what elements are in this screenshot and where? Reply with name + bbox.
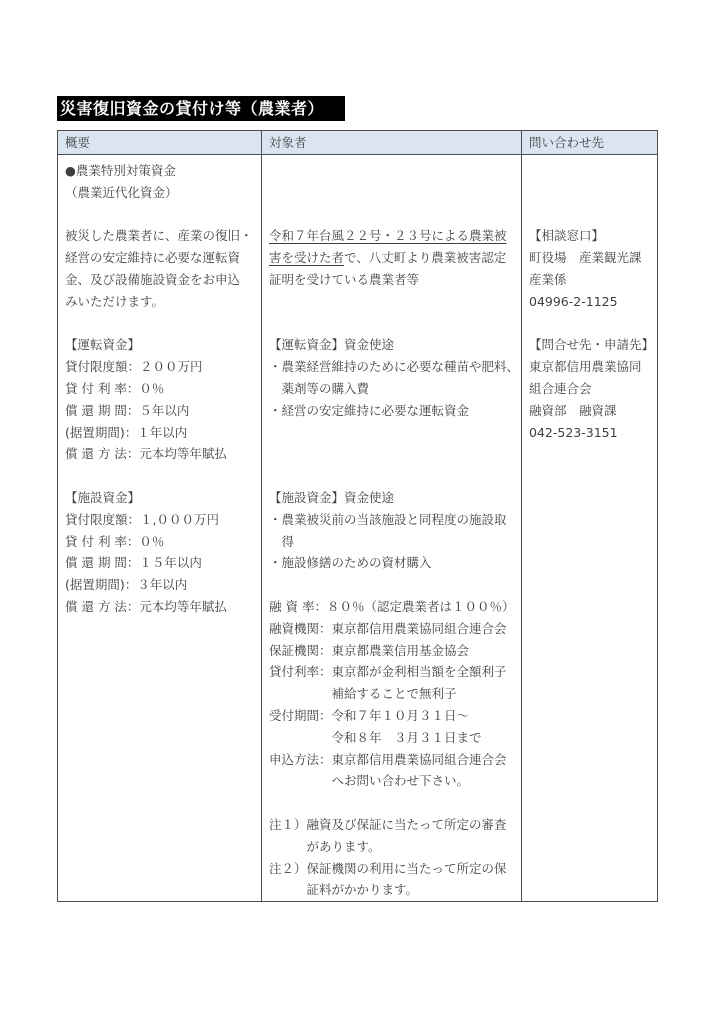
- text-line: 注１）融資及び保証に当たって所定の審査: [269, 814, 517, 836]
- table-header-row: 概要 対象者 問い合わせ先: [58, 131, 657, 155]
- text-line: 【運転資金】資金使途: [269, 334, 517, 356]
- text-line: [269, 204, 517, 226]
- text-line: [65, 749, 257, 771]
- text-line: (据置期間)：３年以内: [65, 574, 257, 596]
- text-line: [529, 879, 653, 901]
- text-line: ●農業特別対策資金: [65, 160, 257, 182]
- column-contact: 【相談窓口】町役場 産業観光課産業係04996-2-1125【問合せ先・申請先】…: [522, 155, 657, 901]
- text-line: があります。: [269, 836, 517, 858]
- text-line: [65, 858, 257, 880]
- text-line: 被災した農業者に、産業の復旧・: [65, 225, 257, 247]
- header-cell-target: 対象者: [262, 131, 522, 154]
- text-line: [269, 291, 517, 313]
- text-line: 貸 付 利 率：０％: [65, 378, 257, 400]
- text-line: 【施設資金】: [65, 487, 257, 509]
- text-line: 【施設資金】資金使途: [269, 487, 517, 509]
- text-line: 経営の安定維持に必要な運転資: [65, 247, 257, 269]
- text-line: ・農業経営維持のために必要な種苗や肥料、: [269, 356, 517, 378]
- text-line: [529, 749, 653, 771]
- text-line: [529, 531, 653, 553]
- text-line: [65, 313, 257, 335]
- text-line: [529, 574, 653, 596]
- text-line: 東京都信用農業協同: [529, 356, 653, 378]
- text-line: [529, 727, 653, 749]
- text-line: [65, 879, 257, 901]
- text-line: [65, 618, 257, 640]
- text-line: (据置期間)：１年以内: [65, 422, 257, 444]
- info-table: 概要 対象者 問い合わせ先 ●農業特別対策資金（農業近代化資金）被災した農業者に…: [57, 130, 658, 902]
- text-line: [65, 204, 257, 226]
- text-line: [65, 683, 257, 705]
- text-line: [529, 204, 653, 226]
- text-line: 償 還 方 法：元本均等年賦払: [65, 596, 257, 618]
- text-line: [529, 465, 653, 487]
- text-line: 証料がかかります。: [269, 879, 517, 901]
- text-line: 貸付限度額：１,０００万円: [65, 509, 257, 531]
- text-line: [269, 792, 517, 814]
- column-overview: ●農業特別対策資金（農業近代化資金）被災した農業者に、産業の復旧・経営の安定維持…: [58, 155, 262, 901]
- text-line: 償 還 期 間：１５年以内: [65, 552, 257, 574]
- text-line: [65, 770, 257, 792]
- header-cell-overview: 概要: [58, 131, 262, 154]
- text-line: [65, 836, 257, 858]
- text-line: 04996-2-1125: [529, 291, 653, 313]
- text-line: 薬剤等の購入費: [269, 378, 517, 400]
- text-line: [65, 661, 257, 683]
- text-line: 042-523-3151: [529, 422, 653, 444]
- text-line: 補給することで無利子: [269, 683, 517, 705]
- text-line: ・経営の安定維持に必要な運転資金: [269, 400, 517, 422]
- text-line: [529, 792, 653, 814]
- text-line: 【問合せ先・申請先】: [529, 334, 653, 356]
- text-line: 保証機関：東京都農業信用基金協会: [269, 640, 517, 662]
- text-line: 【相談窓口】: [529, 225, 653, 247]
- text-line: 貸付限度額：２００万円: [65, 356, 257, 378]
- text-line: へお問い合わせ下さい。: [269, 770, 517, 792]
- text-line: 令和８年 ３月３１日まで: [269, 727, 517, 749]
- text-line: ・農業被災前の当該施設と同程度の施設取: [269, 509, 517, 531]
- text-line: 注２）保証機関の利用に当たって所定の保: [269, 858, 517, 880]
- text-line: [529, 160, 653, 182]
- text-line: 申込方法：東京都信用農業協同組合連合会: [269, 749, 517, 771]
- header-cell-contact: 問い合わせ先: [522, 131, 657, 154]
- text-line: [65, 814, 257, 836]
- text-line: [269, 465, 517, 487]
- text-line: [529, 858, 653, 880]
- text-line: [65, 705, 257, 727]
- text-line: [529, 182, 653, 204]
- text-line: [529, 661, 653, 683]
- text-line: 償 還 方 法：元本均等年賦払: [65, 443, 257, 465]
- text-line: [269, 574, 517, 596]
- text-line: [65, 465, 257, 487]
- text-line: [529, 836, 653, 858]
- text-line: 令和７年台風２２号・２３号による農業被: [269, 225, 517, 247]
- document-page: 災害復旧資金の貸付け等（農業者） 概要 対象者 問い合わせ先 ●農業特別対策資金…: [0, 0, 724, 1024]
- text-line: 得: [269, 531, 517, 553]
- text-line: [529, 770, 653, 792]
- text-line: 融 資 率：８０％（認定農業者は１００％）: [269, 596, 517, 618]
- text-line: 融資部 融資課: [529, 400, 653, 422]
- text-line: [529, 618, 653, 640]
- text-line: [529, 596, 653, 618]
- text-line: 【運転資金】: [65, 334, 257, 356]
- text-line: 町役場 産業観光課: [529, 247, 653, 269]
- text-line: 受付期間：令和７年１０月３１日～: [269, 705, 517, 727]
- text-line: [529, 705, 653, 727]
- text-line: [65, 640, 257, 662]
- text-line: [269, 313, 517, 335]
- page-title: 災害復旧資金の貸付け等（農業者）: [57, 96, 345, 121]
- text-line: [529, 814, 653, 836]
- text-line: [529, 313, 653, 335]
- text-line: （農業近代化資金）: [65, 182, 257, 204]
- text-line: [269, 443, 517, 465]
- text-line: [65, 727, 257, 749]
- text-line: [269, 422, 517, 444]
- text-line: みいただけます。: [65, 291, 257, 313]
- text-line: [529, 487, 653, 509]
- text-line: ・施設修繕のための資材購入: [269, 552, 517, 574]
- text-line: 貸 付 利 率：０％: [65, 531, 257, 553]
- text-line: [529, 509, 653, 531]
- text-line: [529, 443, 653, 465]
- text-line: [529, 640, 653, 662]
- column-target: 令和７年台風２２号・２３号による農業被害を受けた者で、八丈町より農業被害認定証明…: [262, 155, 522, 901]
- text-line: 組合連合会: [529, 378, 653, 400]
- text-line: 金、及び設備施設資金をお申込: [65, 269, 257, 291]
- table-body-row: ●農業特別対策資金（農業近代化資金）被災した農業者に、産業の復旧・経営の安定維持…: [58, 155, 657, 901]
- text-line: [269, 160, 517, 182]
- text-line: 貸付利率：東京都が金利相当額を全額利子: [269, 661, 517, 683]
- text-line: 証明を受けている農業者等: [269, 269, 517, 291]
- underlined-text: 害を受けた者: [269, 250, 344, 265]
- text-line: 償 還 期 間：５年以内: [65, 400, 257, 422]
- text-line: [269, 182, 517, 204]
- text-line: 害を受けた者で、八丈町より農業被害認定: [269, 247, 517, 269]
- text-line: 産業係: [529, 269, 653, 291]
- underlined-text: 令和７年台風２２号・２３号による農業被: [269, 228, 507, 243]
- text-line: [65, 792, 257, 814]
- text-line: [529, 552, 653, 574]
- text-line: [529, 683, 653, 705]
- text-line: 融資機関：東京都信用農業協同組合連合会: [269, 618, 517, 640]
